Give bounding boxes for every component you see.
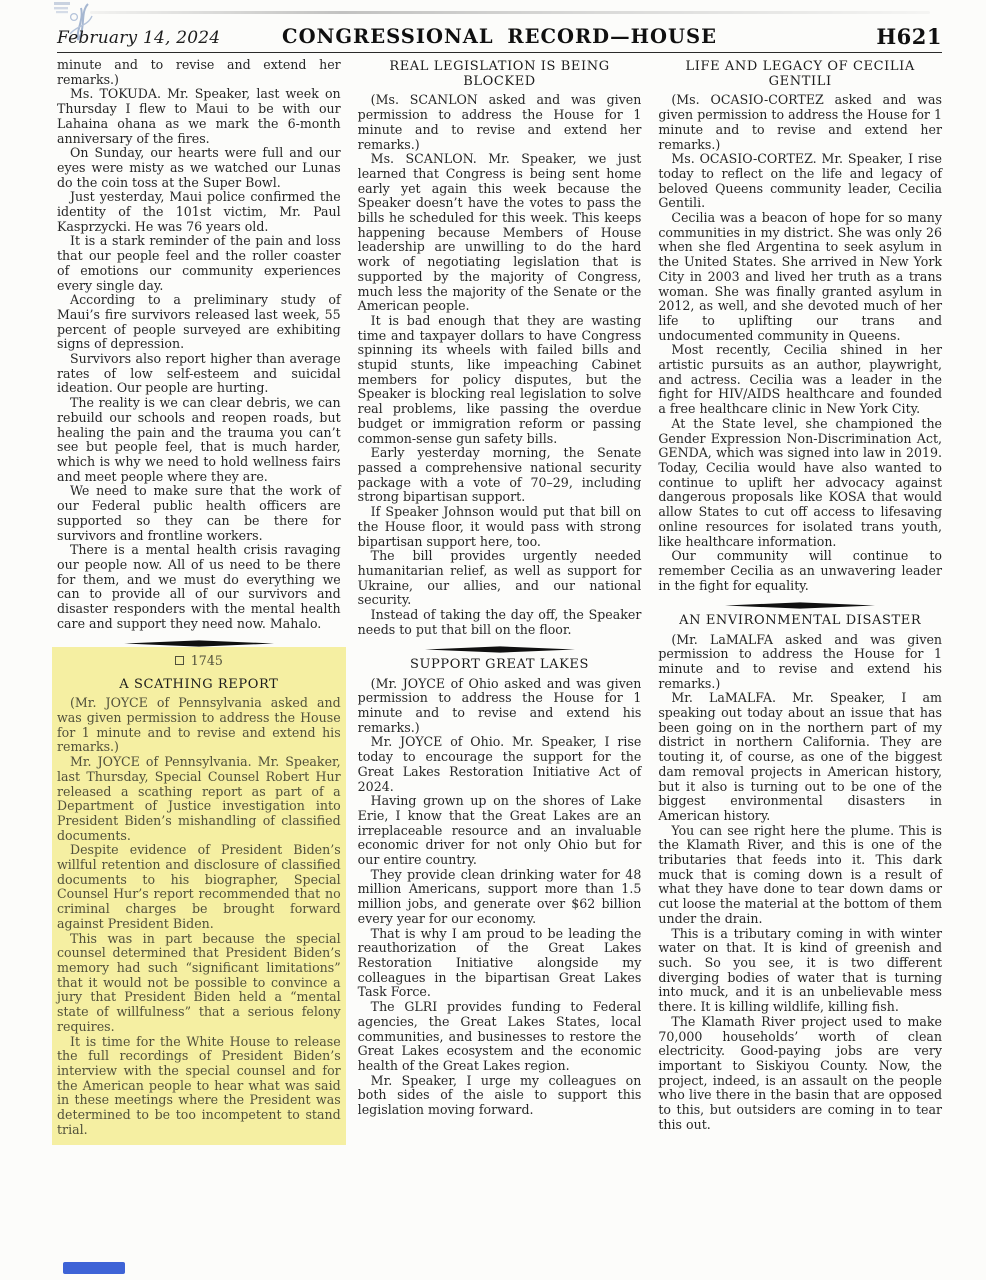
section-divider-rule xyxy=(124,636,274,643)
paragraph: The Klamath River project used to make 7… xyxy=(658,1015,942,1133)
paragraph: Having grown up on the shores of Lake Er… xyxy=(358,794,642,868)
scan-artifact-streak xyxy=(90,11,930,14)
paragraph: Mr. JOYCE of Ohio. Mr. Speaker, I rise t… xyxy=(358,735,642,794)
bottom-blue-bar xyxy=(63,1262,125,1274)
section-heading: A SCATHING REPORT xyxy=(63,677,335,692)
paragraph: Mr. JOYCE of Pennsylvania. Mr. Speaker, … xyxy=(57,755,341,843)
paragraph: According to a preliminary study of Maui… xyxy=(57,293,341,352)
paragraph: Despite evidence of President Biden’s wi… xyxy=(57,843,341,931)
paragraph: Mr. LaMALFA. Mr. Speaker, I am speaking … xyxy=(658,691,942,823)
paragraph: Ms. SCANLON. Mr. Speaker, we just learne… xyxy=(358,152,642,314)
paragraph: On Sunday, our hearts were full and our … xyxy=(57,146,341,190)
paragraph: minute and to revise and extend her rema… xyxy=(57,58,341,87)
time-marker-value: 1745 xyxy=(191,653,223,668)
paragraph: Ms. TOKUDA. Mr. Speaker, last week on Th… xyxy=(57,87,341,146)
column-center: REAL LEGISLATION IS BEINGBLOCKED(Ms. SCA… xyxy=(358,58,642,1250)
paragraph: Instead of taking the day off, the Speak… xyxy=(358,608,642,637)
paragraph: That is why I am proud to be leading the… xyxy=(358,927,642,1001)
masthead-title: CONGRESSIONAL RECORD—HOUSE xyxy=(57,25,942,48)
paragraph: (Ms. SCANLON asked and was given permiss… xyxy=(358,93,642,152)
section-divider-rule xyxy=(425,642,575,649)
paragraph: The bill provides urgently needed humani… xyxy=(358,549,642,608)
paragraph: Ms. OCASIO-CORTEZ. Mr. Speaker, I rise t… xyxy=(658,152,942,211)
paragraph: It is a stark reminder of the pain and l… xyxy=(57,234,341,293)
paragraph: It is time for the White House to releas… xyxy=(57,1035,341,1138)
highlighted-passage: 1745A SCATHING REPORT(Mr. JOYCE of Penns… xyxy=(52,647,346,1145)
paragraph: Most recently, Cecilia shined in her art… xyxy=(658,343,942,417)
section-heading: REAL LEGISLATION IS BEINGBLOCKED xyxy=(364,59,636,89)
paragraph: The GLRI provides funding to Federal age… xyxy=(358,1000,642,1074)
section-divider-rule xyxy=(725,598,875,605)
section-heading: SUPPORT GREAT LAKES xyxy=(364,657,636,672)
three-column-body: minute and to revise and extend her rema… xyxy=(57,58,942,1250)
paragraph: You can see right here the plume. This i… xyxy=(658,824,942,927)
page-number: H621 xyxy=(876,24,942,49)
paragraph: We need to make sure that the work of ou… xyxy=(57,484,341,543)
paragraph: This was in part because the special cou… xyxy=(57,932,341,1035)
paragraph: (Mr. JOYCE of Pennsylvania asked and was… xyxy=(57,696,341,755)
paragraph: There is a mental health crisis ravaging… xyxy=(57,543,341,631)
paragraph: At the State level, she championed the G… xyxy=(658,417,942,549)
paragraph: Cecilia was a beacon of hope for so many… xyxy=(658,211,942,343)
paragraph: (Mr. LaMALFA asked and was given permiss… xyxy=(658,633,942,692)
column-left: minute and to revise and extend her rema… xyxy=(57,58,341,1250)
column-right: LIFE AND LEGACY OF CECILIAGENTILI(Ms. OC… xyxy=(658,58,942,1250)
section-heading: AN ENVIRONMENTAL DISASTER xyxy=(664,613,936,628)
page-header: February 14, 2024 CONGRESSIONAL RECORD—H… xyxy=(57,18,942,48)
paragraph: (Mr. JOYCE of Ohio asked and was given p… xyxy=(358,677,642,736)
paragraph: If Speaker Johnson would put that bill o… xyxy=(358,505,642,549)
time-marker: 1745 xyxy=(57,654,341,669)
section-heading: LIFE AND LEGACY OF CECILIAGENTILI xyxy=(664,59,936,89)
time-marker-box-icon xyxy=(175,656,184,665)
paragraph: Just yesterday, Maui police confirmed th… xyxy=(57,190,341,234)
paragraph: Early yesterday morning, the Senate pass… xyxy=(358,446,642,505)
paragraph: (Ms. OCASIO-CORTEZ asked and was given p… xyxy=(658,93,942,152)
paragraph: Mr. Speaker, I urge my colleagues on bot… xyxy=(358,1074,642,1118)
congressional-record-page: February 14, 2024 CONGRESSIONAL RECORD—H… xyxy=(0,0,986,1280)
paragraph: This is a tributary coming in with winte… xyxy=(658,927,942,1015)
paragraph: It is bad enough that they are wasting t… xyxy=(358,314,642,446)
paragraph: The reality is we can clear debris, we c… xyxy=(57,396,341,484)
paragraph: Survivors also report higher than averag… xyxy=(57,352,341,396)
paragraph: They provide clean drinking water for 48… xyxy=(358,868,642,927)
header-rule xyxy=(57,52,942,53)
paragraph: Our community will continue to remember … xyxy=(658,549,942,593)
